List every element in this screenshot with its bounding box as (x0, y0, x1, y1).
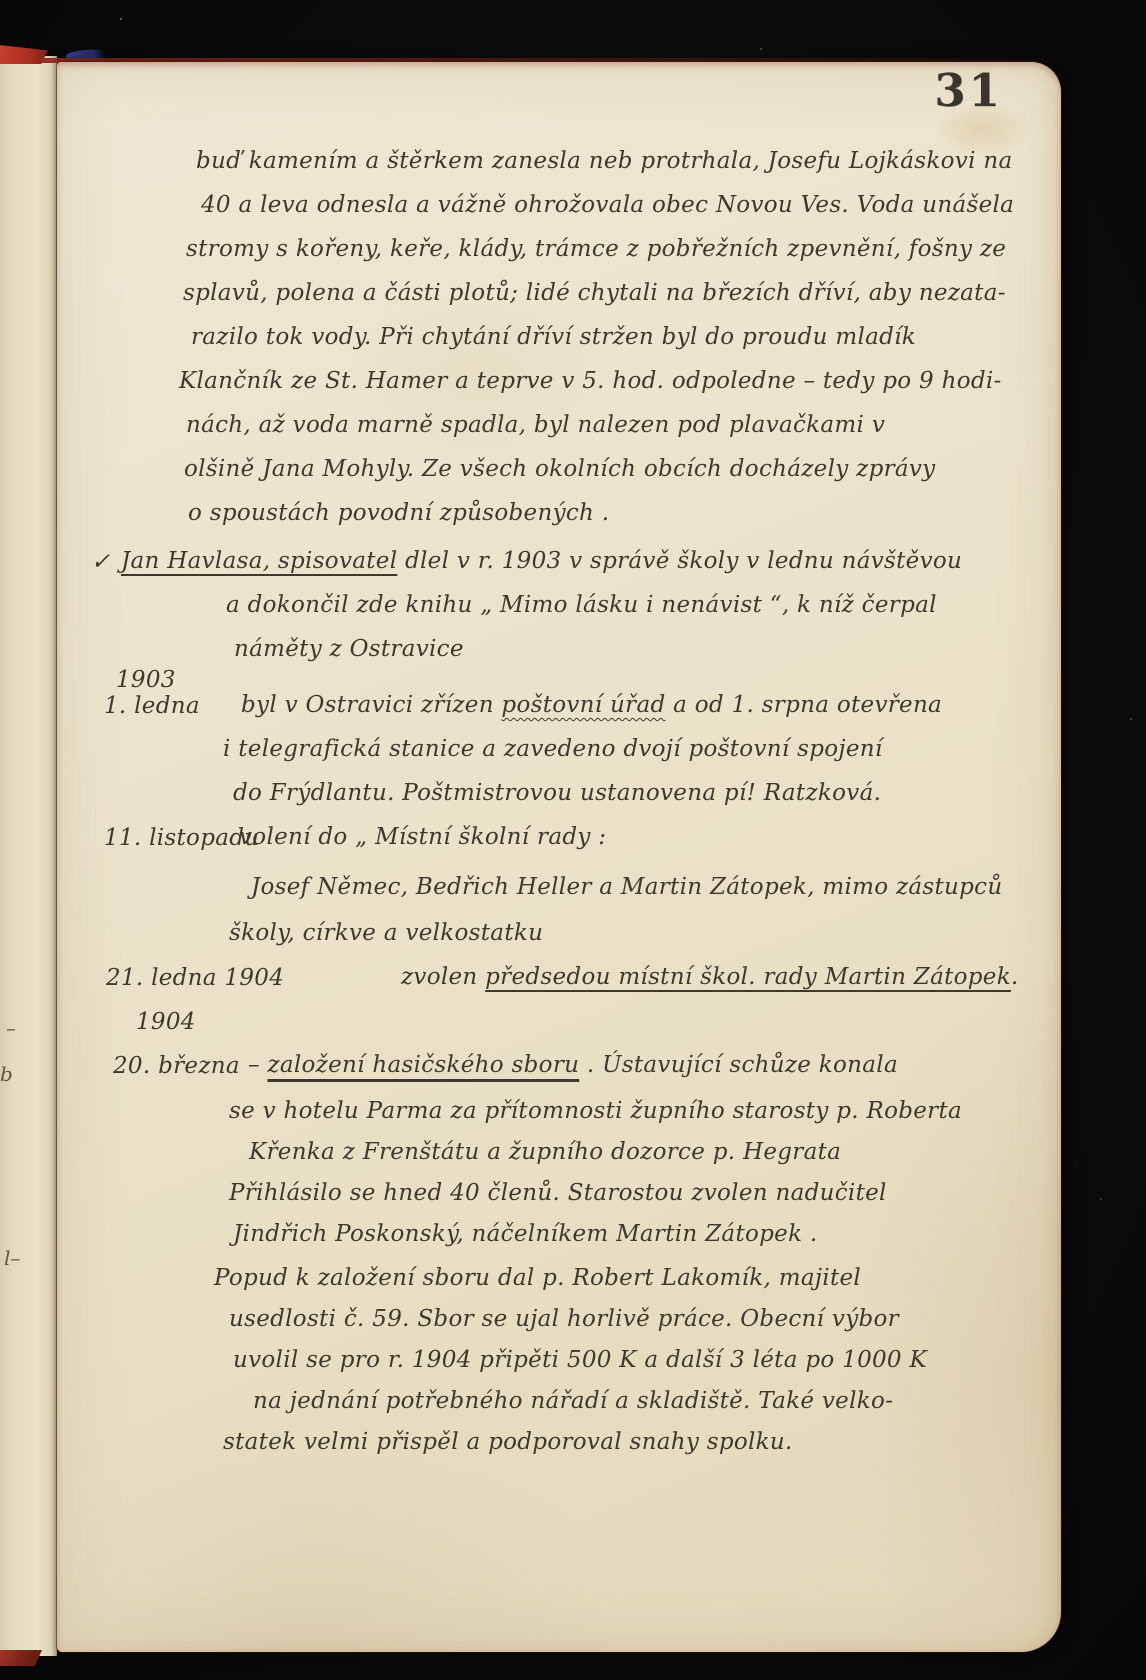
line-text: Josef Němec, Bedřich Heller a Martin Zát… (251, 874, 1002, 900)
text-segment: uvolil se pro r. 1904 připěti 500 K a da… (233, 1347, 927, 1373)
line-text: usedlosti č. 59. Sbor se ujal horlivě pr… (229, 1306, 899, 1332)
text-line: splavů, polena a části plotů; lidé chyta… (57, 280, 1061, 324)
text-segment: Křenka z Frenštátu a župního dozorce p. … (249, 1139, 841, 1165)
text-segment: olšině Jana Mohyly. Ze všech okolních ob… (184, 456, 935, 482)
line-text: náměty z Ostravice (234, 636, 464, 662)
text-line: Klančník ze St. Hamer a teprve v 5. hod.… (57, 368, 1061, 412)
text-segment: a dokončil zde knihu „ Mimo lásku i nená… (226, 592, 937, 618)
text-segment: buď kamením a štěrkem zanesla neb protrh… (196, 148, 1012, 174)
margin-date: 20. března (113, 1053, 240, 1079)
text-segment: 40 a leva odnesla a vážně ohrožovala obe… (201, 192, 1014, 218)
margin-date: 21. ledna 1904 (106, 965, 284, 991)
line-text: Popud k založení sboru dal p. Robert Lak… (214, 1265, 861, 1291)
text-segment: na jednání potřebného nářadí a skladiště… (253, 1388, 893, 1414)
line-text: i telegrafická stanice a zavedeno dvojí … (223, 736, 883, 762)
text-segment: Přihlásilo se hned 40 členů. Starostou z… (229, 1180, 887, 1206)
text-segment: byl v Ostravici zřízen (241, 692, 501, 718)
text-segment: školy, církve a velkostatku (229, 920, 543, 946)
text-segment: statek velmi přispěl a podporoval snahy … (223, 1429, 793, 1455)
text-line: Popud k založení sboru dal p. Robert Lak… (57, 1265, 1061, 1306)
text-segment: dlel v r. 1903 v správě školy v lednu ná… (397, 548, 962, 574)
text-line: 20. března– založení hasičského sboru . … (57, 1052, 1061, 1098)
text-line: Jindřich Poskonský, náčelníkem Martin Zá… (57, 1221, 1061, 1265)
text-line: Přihlásilo se hned 40 členů. Starostou z… (57, 1180, 1061, 1221)
scan-background: –bl– 31 buď kamením a štěrkem zanesla ne… (0, 0, 1146, 1680)
text-line: usedlosti č. 59. Sbor se ujal horlivě pr… (57, 1306, 1061, 1347)
text-segment: splavů, polena a části plotů; lidé chyta… (183, 280, 1006, 306)
text-segment: razilo tok vody. Při chytání dříví strže… (191, 324, 916, 350)
text-line: statek velmi přispěl a podporoval snahy … (57, 1429, 1061, 1470)
text-segment: i telegrafická stanice a zavedeno dvojí … (223, 736, 883, 762)
line-text: byl v Ostravici zřízen poštovní úřad a o… (241, 692, 942, 718)
line-text: uvolil se pro r. 1904 připěti 500 K a da… (233, 1347, 927, 1373)
text-line: se v hotelu Parma za přítomnosti župního… (57, 1098, 1061, 1139)
line-text: školy, církve a velkostatku (229, 920, 543, 946)
text-line: o spoustách povodní způsobených . (57, 500, 1061, 548)
check-mark: ✓ (91, 549, 111, 575)
line-text: Křenka z Frenštátu a župního dozorce p. … (249, 1139, 841, 1165)
text-segment: . (1011, 964, 1019, 990)
line-text: – založení hasičského sboru . Ústavující… (248, 1052, 898, 1078)
text-segment: nách, až voda marně spadla, byl nalezen … (186, 412, 885, 438)
line-text: Jindřich Poskonský, náčelníkem Martin Zá… (233, 1221, 818, 1247)
page-number-stamp: 31 (934, 64, 1003, 117)
line-text: stromy s kořeny, keře, klády, trámce z p… (186, 236, 1006, 262)
line-text: razilo tok vody. Při chytání dříví strže… (191, 324, 916, 350)
text-line: Křenka z Frenštátu a župního dozorce p. … (57, 1139, 1061, 1180)
margin-year: 1904 (136, 1009, 196, 1035)
text-line: 1903 (57, 666, 1061, 692)
previous-page-edge: –bl– (0, 56, 57, 1656)
line-text: 40 a leva odnesla a vážně ohrožovala obe… (201, 192, 1014, 218)
text-segment: o spoustách povodní způsobených . (188, 500, 609, 526)
line-text: o spoustách povodní způsobených . (188, 500, 609, 526)
text-line: buď kamením a štěrkem zanesla neb protrh… (57, 148, 1061, 192)
text-segment: Jindřich Poskonský, náčelníkem Martin Zá… (233, 1221, 818, 1247)
text-segment: předsedou místní škol. rady Martin Zátop… (485, 964, 1011, 990)
bleed-through-mark: b (0, 1062, 13, 1086)
text-segment: stromy s kořeny, keře, klády, trámce z p… (186, 236, 1006, 262)
chronicle-page: 31 buď kamením a štěrkem zanesla neb pro… (57, 62, 1061, 1652)
bleed-through-mark: l– (4, 1246, 20, 1270)
text-line: olšině Jana Mohyly. Ze všech okolních ob… (57, 456, 1061, 500)
text-segment: volení do „ Místní školní rady : (239, 824, 606, 850)
text-segment: Popud k založení sboru dal p. Robert Lak… (214, 1265, 861, 1291)
line-text: nách, až voda marně spadla, byl nalezen … (186, 412, 885, 438)
line-text: zvolen předsedou místní škol. rady Marti… (401, 964, 1019, 990)
margin-date: 11. listopadu (104, 825, 259, 851)
line-text: splavů, polena a části plotů; lidé chyta… (183, 280, 1006, 306)
text-segment: se v hotelu Parma za přítomnosti župního… (229, 1098, 962, 1124)
text-segment: Josef Němec, Bedřich Heller a Martin Zát… (251, 874, 1002, 900)
text-line: ✓Jan Havlasa, spisovatel dlel v r. 1903 … (57, 548, 1061, 592)
line-text: Přihlásilo se hned 40 členů. Starostou z… (229, 1180, 887, 1206)
text-line: nách, až voda marně spadla, byl nalezen … (57, 412, 1061, 456)
book-binding-red-bottom-icon (0, 1650, 42, 1666)
text-segment: – (248, 1052, 267, 1078)
text-line: Josef Němec, Bedřich Heller a Martin Zát… (57, 874, 1061, 920)
text-segment: náměty z Ostravice (234, 636, 464, 662)
text-segment: usedlosti č. 59. Sbor se ujal horlivě pr… (229, 1306, 899, 1332)
text-line: náměty z Ostravice (57, 636, 1061, 666)
line-text: volení do „ Místní školní rady : (239, 824, 606, 850)
text-line: do Frýdlantu. Poštmistrovou ustanovena p… (57, 780, 1061, 824)
line-text: na jednání potřebného nářadí a skladiště… (253, 1388, 893, 1414)
text-segment: Klančník ze St. Hamer a teprve v 5. hod.… (179, 368, 1002, 394)
dust-specks (120, 18, 122, 20)
text-segment: do Frýdlantu. Poštmistrovou ustanovena p… (233, 780, 881, 806)
text-segment: . Ústavující schůze konala (579, 1052, 898, 1078)
line-text: Klančník ze St. Hamer a teprve v 5. hod.… (179, 368, 1002, 394)
line-text: buď kamením a štěrkem zanesla neb protrh… (196, 148, 1012, 174)
line-text: olšině Jana Mohyly. Ze všech okolních ob… (184, 456, 935, 482)
text-line: i telegrafická stanice a zavedeno dvojí … (57, 736, 1061, 780)
text-line: 1. lednabyl v Ostravici zřízen poštovní … (57, 692, 1061, 736)
text-line: a dokončil zde knihu „ Mimo lásku i nená… (57, 592, 1061, 636)
line-text: statek velmi přispěl a podporoval snahy … (223, 1429, 793, 1455)
text-line: 1904 (57, 1008, 1061, 1052)
margin-year: 1903 (116, 667, 176, 693)
text-segment: Jan Havlasa, spisovatel (121, 548, 397, 574)
text-segment: zvolen (401, 964, 485, 990)
line-text: se v hotelu Parma za přítomnosti župního… (229, 1098, 962, 1124)
line-text: Jan Havlasa, spisovatel dlel v r. 1903 v… (121, 548, 962, 574)
text-line: školy, církve a velkostatku (57, 920, 1061, 964)
handwritten-text: buď kamením a štěrkem zanesla neb protrh… (57, 148, 1061, 1470)
margin-date: 1. ledna (104, 693, 200, 719)
line-text: do Frýdlantu. Poštmistrovou ustanovena p… (233, 780, 881, 806)
text-line: 11. listopaduvolení do „ Místní školní r… (57, 824, 1061, 874)
text-line: 21. ledna 1904zvolen předsedou místní šk… (57, 964, 1061, 1008)
text-segment: poštovní úřad (501, 692, 665, 718)
text-segment: založení hasičského sboru (267, 1052, 579, 1078)
text-line: 40 a leva odnesla a vážně ohrožovala obe… (57, 192, 1061, 236)
text-line: uvolil se pro r. 1904 připěti 500 K a da… (57, 1347, 1061, 1388)
text-line: na jednání potřebného nářadí a skladiště… (57, 1388, 1061, 1429)
text-segment: a od 1. srpna otevřena (666, 692, 943, 718)
line-text: a dokončil zde knihu „ Mimo lásku i nená… (226, 592, 937, 618)
text-line: stromy s kořeny, keře, klády, trámce z p… (57, 236, 1061, 280)
bleed-through-mark: – (6, 1016, 16, 1040)
text-line: razilo tok vody. Při chytání dříví strže… (57, 324, 1061, 368)
